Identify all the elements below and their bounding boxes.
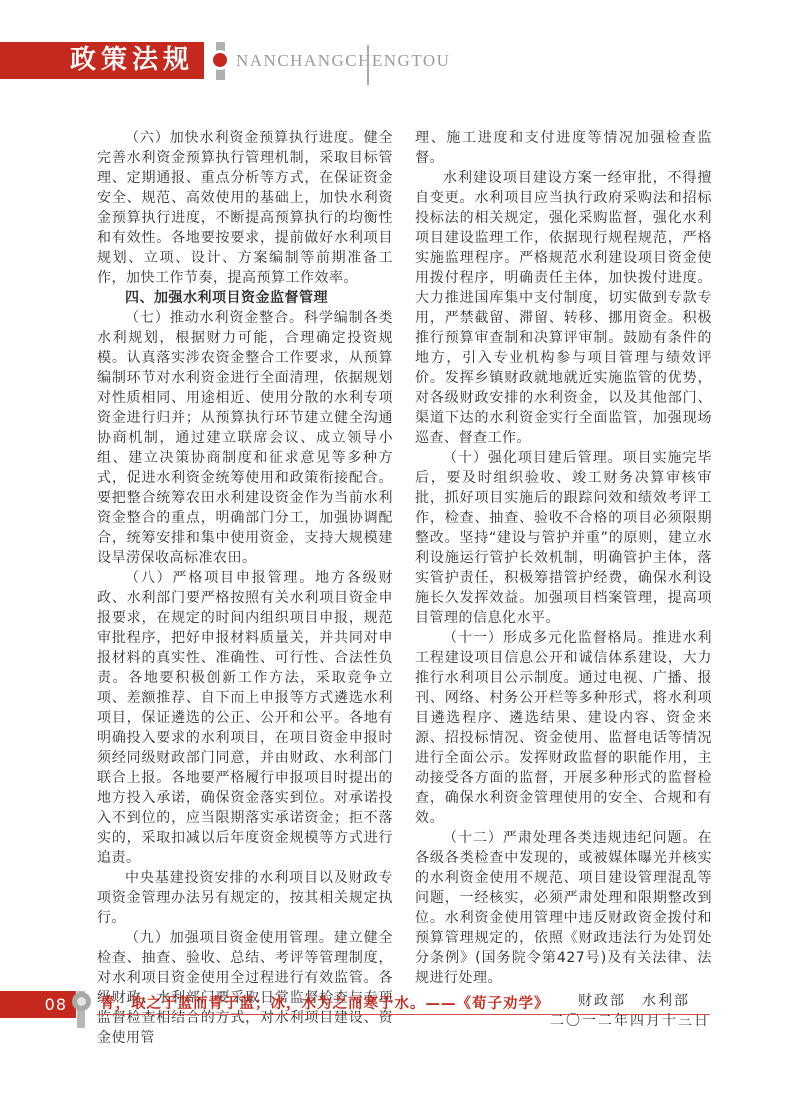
paragraph: （七）推动水利资金整合。科学编制各类水利规划，根据财力可能，合理确定投资规模。认… xyxy=(97,308,393,568)
paragraph: 水利建设项目建设方案一经审批，不得擅自变更。水利项目应当执行政府采购法和招标投标… xyxy=(415,168,712,448)
paragraph: （十二）严肃处理各类违规违纪问题。在各级各类检查中发现的，或被媒体曝光并核实的水… xyxy=(415,828,712,988)
page-number: 08 xyxy=(45,995,67,1014)
paragraph: （八）严格项目申报管理。地方各级财政、水利部门要严格按照有关水利项目资金申报要求… xyxy=(97,568,393,868)
page-number-bar: 08 xyxy=(0,991,76,1018)
article-column-left: （六）加快水利资金预算执行进度。健全完善水利资金预算执行管理机制，采取目标管理、… xyxy=(97,128,393,1048)
paragraph: （十一）形成多元化监督格局。推进水利工程建设项目信息公开和诚信体系建设，大力推行… xyxy=(415,628,712,828)
header-divider-line xyxy=(367,45,369,85)
magazine-name: NANCHANGCHENGTOU xyxy=(236,51,450,71)
paragraph: 中央基建投资安排的水利项目以及财政专项资金管理办法另有规定的，按其相关规定执行。 xyxy=(97,868,393,928)
footer-dot-icon xyxy=(72,992,91,1011)
paragraph: （六）加快水利资金预算执行进度。健全完善水利资金预算执行管理机制，采取目标管理、… xyxy=(97,128,393,288)
footer-rule-line xyxy=(97,1014,710,1015)
section-heading: 四、加强水利项目资金监督管理 xyxy=(97,288,393,308)
paragraph: （十）强化项目建后管理。项目实施完毕后，要及时组织验收、竣工财务决算审核审批，抓… xyxy=(415,448,712,628)
header-dot-icon xyxy=(210,50,230,70)
section-title: 政策法规 xyxy=(70,45,194,75)
paragraph: （九）加强项目资金使用管理。建立健全检查、抽查、验收、总结、考评等管理制度，对水… xyxy=(97,928,393,1048)
footer-quote: 青，取之于蓝而青于蓝；冰，水为之而寒于水。——《荀子劝学》 xyxy=(100,992,712,1013)
article-column-right: 理、施工进度和支付进度等情况加强检查监督。 水利建设项目建设方案一经审批，不得擅… xyxy=(415,128,712,1031)
paragraph-continuation: 理、施工进度和支付进度等情况加强检查监督。 xyxy=(415,128,712,168)
section-title-band: 政策法规 xyxy=(0,42,204,79)
